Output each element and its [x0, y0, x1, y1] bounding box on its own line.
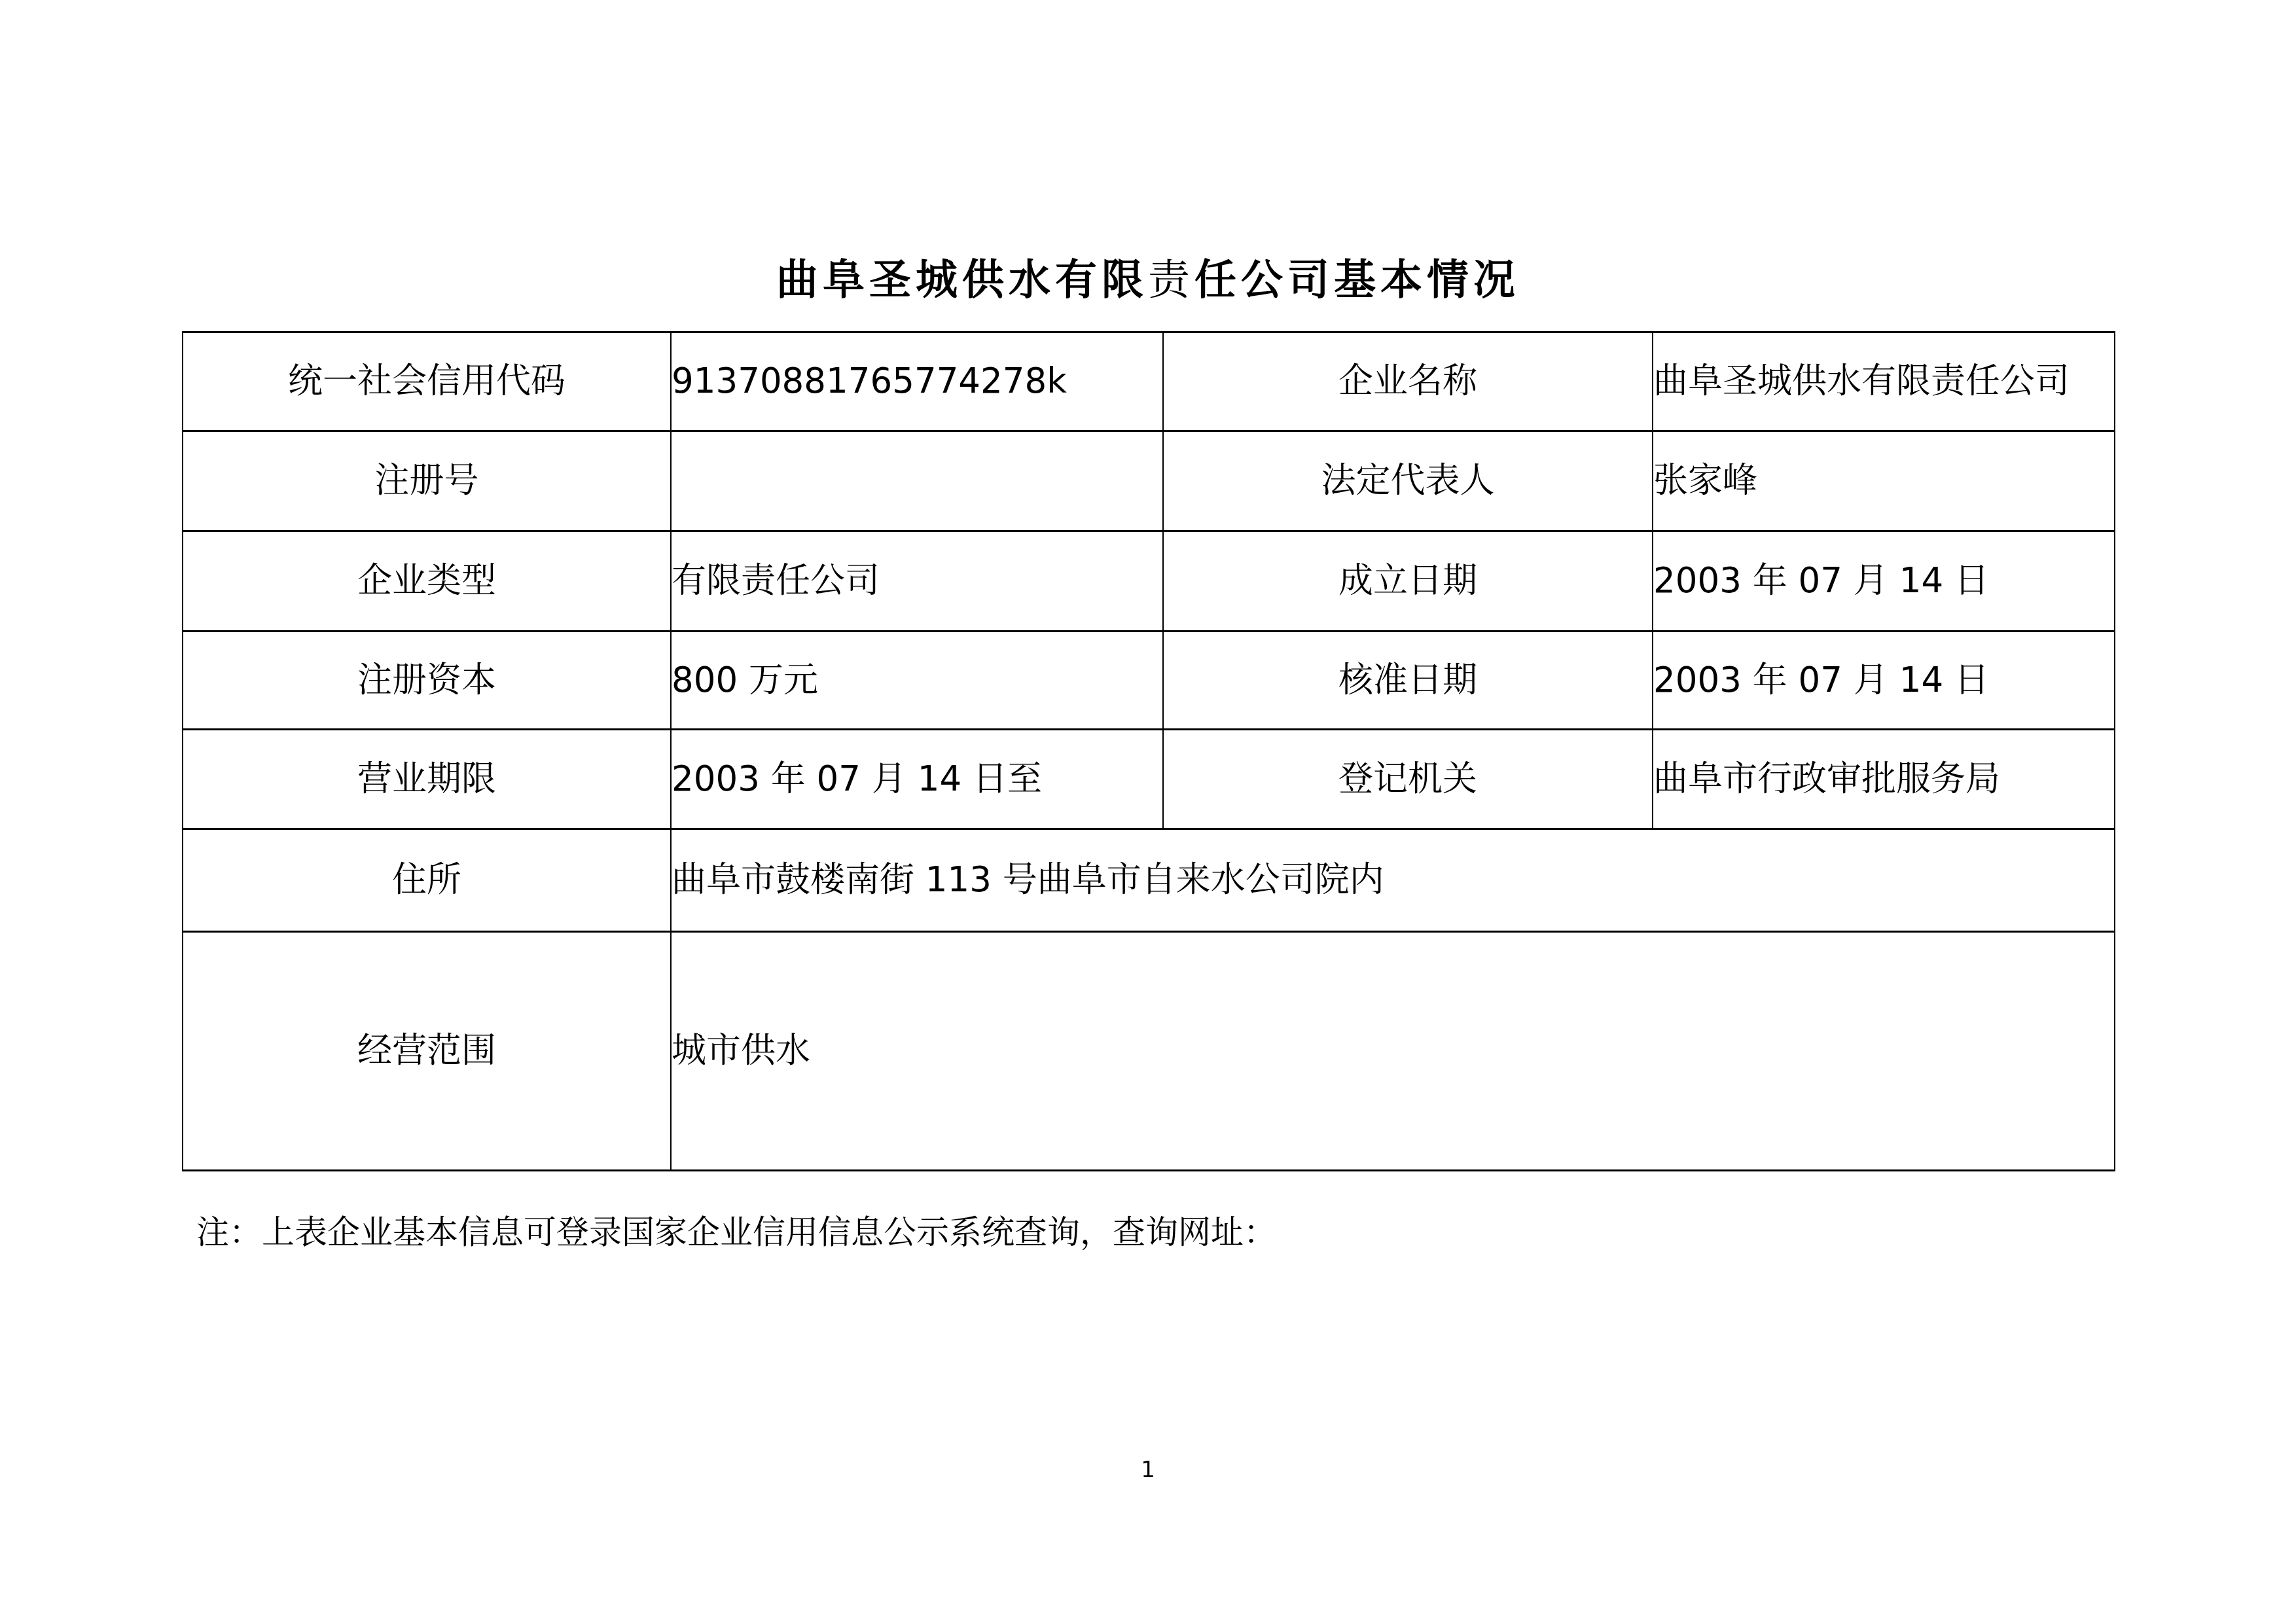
business-scope-label-cell: 经营范围	[183, 932, 671, 1171]
business-scope-value-cell: 城市供水	[671, 932, 2115, 1171]
page-title: 曲阜圣城供水有限责任公司基本情况	[0, 255, 2296, 305]
capital-value-cell: 800 万元	[671, 632, 1163, 730]
company-type-value-cell: 有限责任公司	[671, 531, 1163, 632]
business-term-value-cell: 2003 年 07 月 14 日至	[671, 730, 1163, 829]
uscc-value-cell: 91370881765774278k	[671, 332, 1163, 431]
document-page: 曲阜圣城供水有限责任公司基本情况 统一社会信用代码 91370881765774…	[0, 0, 2296, 1623]
business-term-label-cell: 营业期限	[183, 730, 671, 829]
company-name-value-cell: 曲阜圣城供水有限责任公司	[1653, 332, 2115, 431]
page-title-segment-2: 责	[1148, 256, 1194, 304]
establish-date-label-cell: 成立日期	[1163, 531, 1653, 632]
registry-authority-label-cell: 登记机关	[1163, 730, 1653, 829]
establish-date-value-cell: 2003 年 07 月 14 日	[1653, 531, 2115, 632]
reg-number-label-cell: 注册号	[183, 431, 671, 531]
page-number: 1	[0, 1457, 2296, 1483]
approval-date-label-cell: 核准日期	[1163, 632, 1653, 730]
uscc-label-cell: 统一社会信用代码	[183, 332, 671, 431]
address-value-cell: 曲阜市鼓楼南街 113 号曲阜市自来水公司院内	[671, 829, 2115, 932]
address-label-cell: 住所	[183, 829, 671, 932]
table-row-business-scope: 经营范围 城市供水	[183, 932, 2115, 1171]
capital-label-cell: 注册资本	[183, 632, 671, 730]
page-title-segment-1: 曲阜圣城供水有限	[776, 256, 1148, 304]
company-name-label-cell: 企业名称	[1163, 332, 1653, 431]
registry-authority-value-cell: 曲阜市行政审批服务局	[1653, 730, 2115, 829]
table-row-address: 住所 曲阜市鼓楼南街 113 号曲阜市自来水公司院内	[183, 829, 2115, 932]
table-row-company-type: 企业类型 有限责任公司 成立日期 2003 年 07 月 14 日	[183, 531, 2115, 632]
table-row-business-term: 营业期限 2003 年 07 月 14 日至 登记机关 曲阜市行政审批服务局	[183, 730, 2115, 829]
table-row-registration-number: 注册号 法定代表人 张家峰	[183, 431, 2115, 531]
table-row-registered-capital: 注册资本 800 万元 核准日期 2003 年 07 月 14 日	[183, 632, 2115, 730]
legal-rep-label-cell: 法定代表人	[1163, 431, 1653, 531]
reg-number-value-cell	[671, 431, 1163, 531]
company-info-table: 统一社会信用代码 91370881765774278k 企业名称 曲阜圣城供水有…	[182, 331, 2115, 1171]
footnote-text: 注：上表企业基本信息可登录国家企业信用信息公示系统查询，查询网址：	[196, 1212, 1276, 1253]
approval-date-value-cell: 2003 年 07 月 14 日	[1653, 632, 2115, 730]
company-type-label-cell: 企业类型	[183, 531, 671, 632]
table-row-credit-code: 统一社会信用代码 91370881765774278k 企业名称 曲阜圣城供水有…	[183, 332, 2115, 431]
legal-rep-value-cell: 张家峰	[1653, 431, 2115, 531]
page-title-segment-3: 任公司基本情况	[1194, 256, 1520, 304]
